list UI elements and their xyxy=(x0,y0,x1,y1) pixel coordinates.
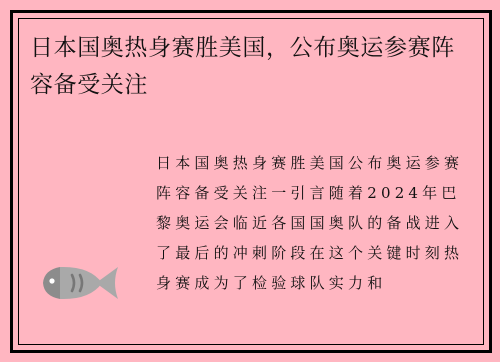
fish-icon xyxy=(42,264,120,302)
article-excerpt: 日本国奥热身赛胜美国公布奥运参赛阵容备受关注一引言随着2024年巴黎奥运会临近各… xyxy=(156,148,466,298)
article-title[interactable]: 日本国奥热身赛胜美国，公布奥运参赛阵容备受关注 xyxy=(30,30,470,104)
